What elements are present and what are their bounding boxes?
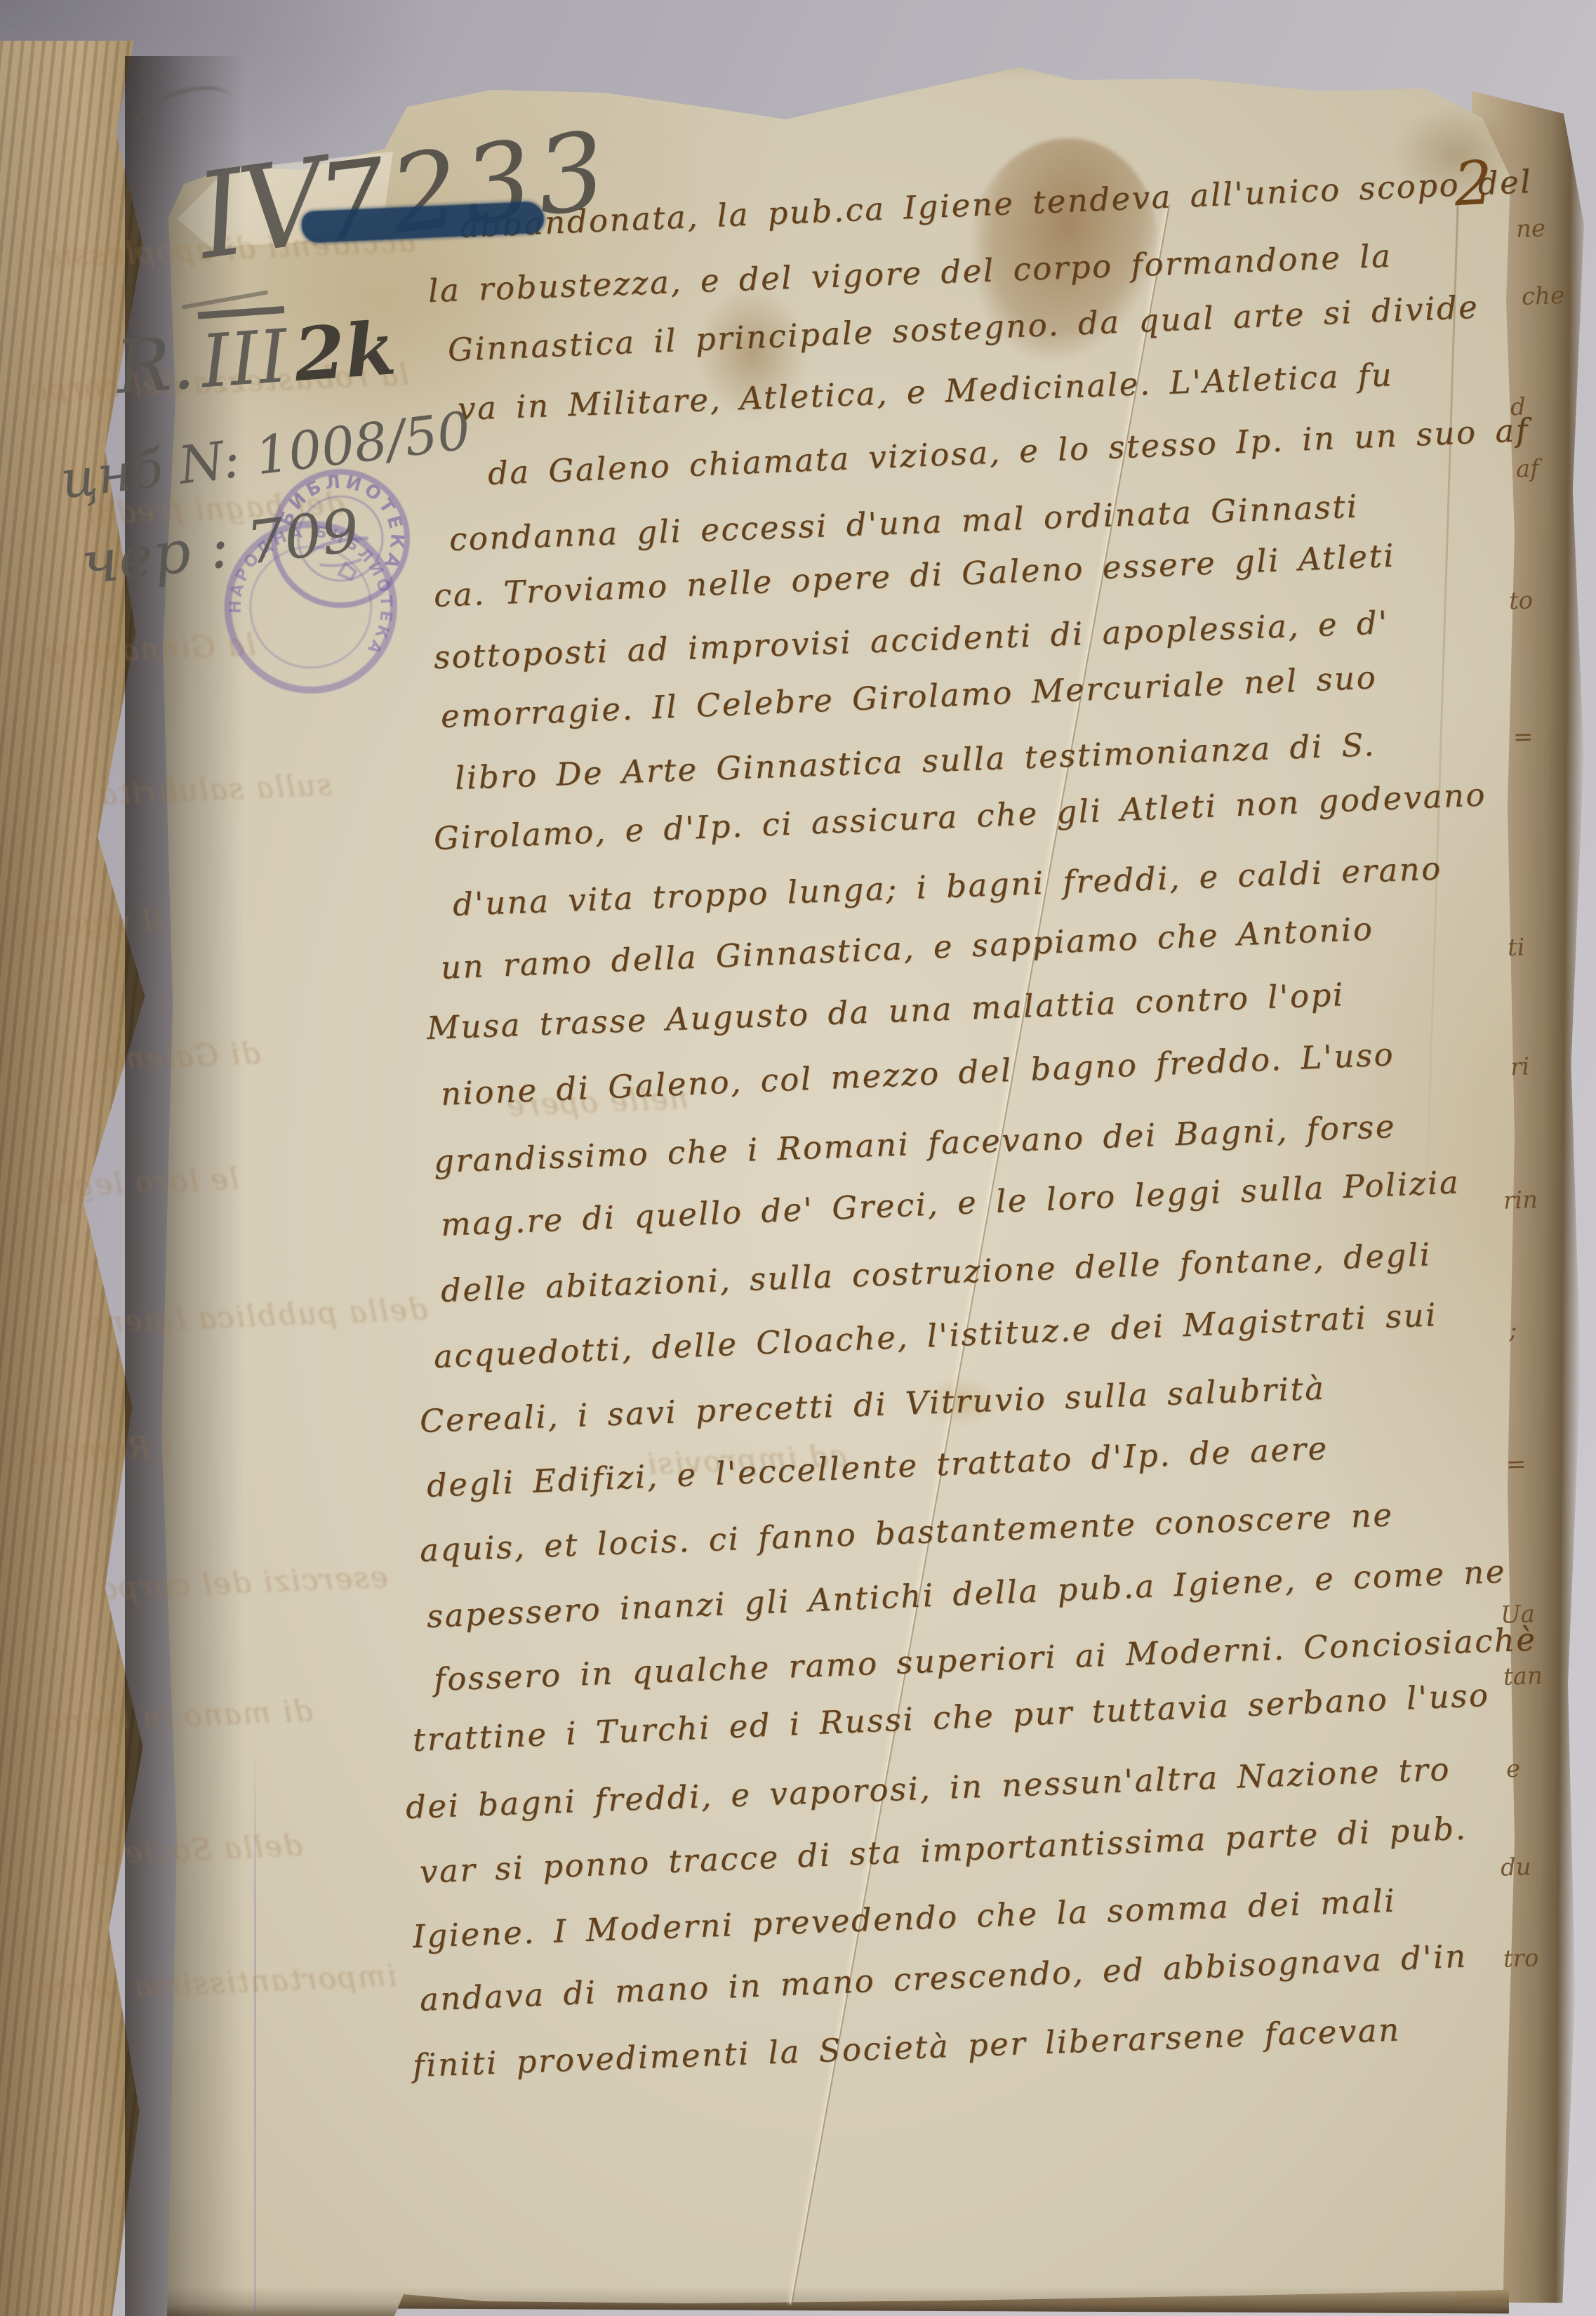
classmark-prefix: R.	[113, 319, 197, 410]
bleedthrough-fragment: di Galeno	[105, 1035, 261, 1076]
classmark-roman: III	[198, 313, 290, 404]
classmark-suffix: 2k	[291, 305, 399, 398]
page-number: 2	[1452, 148, 1494, 220]
bleedthrough-fragment: il vigore	[27, 903, 164, 943]
line-end-fragment: tan	[1503, 1662, 1543, 1691]
line-end-fragment: =	[1512, 723, 1534, 752]
photograph-of-manuscript: accidenti di apoplessiala robustezza del…	[0, 0, 1596, 2316]
line-end-fragment: che	[1521, 282, 1564, 311]
line-end-fragment: d	[1510, 393, 1526, 422]
line-end-fragment: e	[1505, 1755, 1521, 1784]
line-end-fragment: af	[1515, 454, 1539, 483]
line-end-fragment: du	[1500, 1853, 1531, 1882]
bleedthrough-fragment: i Romani	[27, 1429, 173, 1470]
line-end-fragment: ne	[1515, 214, 1545, 243]
pencil-shelfmark-roman: IV	[189, 133, 330, 286]
line-end-fragment: ti	[1507, 934, 1525, 962]
margin-rule-line	[254, 1741, 256, 2316]
line-end-fragment: =	[1505, 1450, 1527, 1479]
line-end-fragment: to	[1508, 586, 1534, 615]
line-end-fragment: tro	[1503, 1944, 1539, 1973]
line-end-fragment: Ua	[1500, 1600, 1535, 1629]
line-end-fragment: ;	[1508, 1316, 1517, 1344]
line-end-fragment: ri	[1510, 1053, 1530, 1082]
line-end-fragment: rin	[1503, 1186, 1538, 1215]
